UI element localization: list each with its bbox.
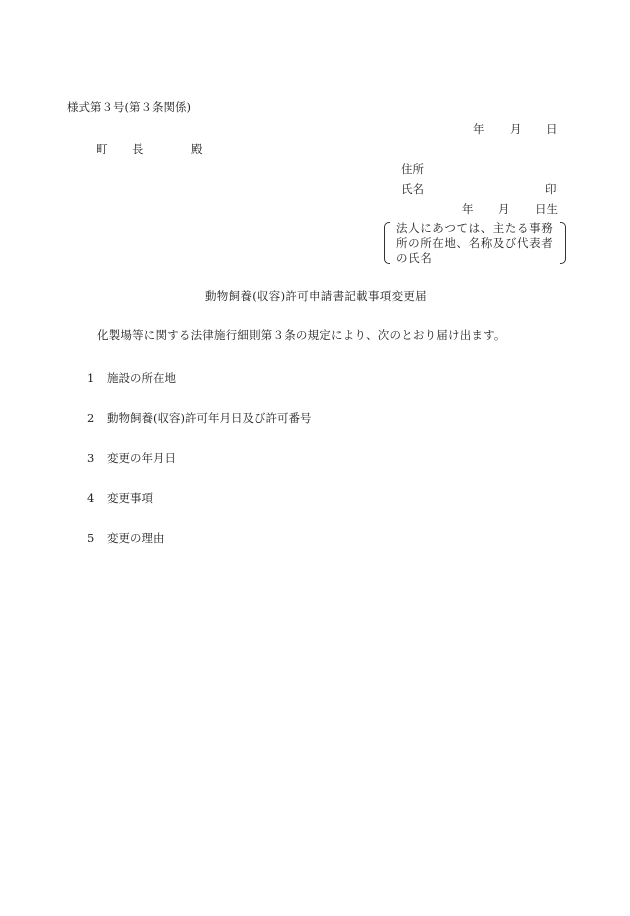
birth-year-label: 年: [462, 204, 474, 216]
addressee-town: 町: [96, 144, 108, 156]
name-label: 氏名: [401, 184, 424, 196]
birth-month-label: 月: [498, 204, 510, 216]
item-number: 5: [87, 533, 94, 545]
item-number: 4: [87, 493, 94, 505]
address-label: 住所: [401, 164, 424, 176]
item-label: 動物飼養(収容)許可年月日及び許可番号: [107, 413, 311, 425]
item-label: 変更の年月日: [107, 453, 176, 465]
item-number: 3: [87, 453, 94, 465]
corporate-note-bracket: 法人にあつては、主たる事務所の所在地、名称及び代表者の氏名: [384, 221, 566, 265]
date-year-label: 年: [473, 124, 485, 136]
item-label: 施設の所在地: [107, 373, 176, 385]
document-title: 動物飼養(収容)許可申請書記載事項変更届: [205, 291, 427, 303]
date-month-label: 月: [510, 124, 522, 136]
body-text: 化製場等に関する法律施行細則第３条の規定により、次のとおり届け出ます。: [97, 330, 506, 342]
right-bracket: [560, 222, 566, 264]
date-day-label: 日: [546, 124, 558, 136]
seal-label: 印: [545, 184, 557, 196]
birth-day-label: 日生: [535, 204, 558, 216]
item-number: 2: [87, 413, 94, 425]
addressee-honorific: 殿: [191, 144, 203, 156]
addressee-chief: 長: [132, 144, 144, 156]
item-number: 1: [87, 373, 94, 385]
form-id: 様式第３号(第３条関係): [67, 102, 191, 114]
left-bracket: [384, 222, 390, 264]
corporate-note: 法人にあつては、主たる事務所の所在地、名称及び代表者の氏名: [396, 221, 560, 266]
item-label: 変更事項: [107, 493, 153, 505]
item-label: 変更の理由: [107, 533, 165, 545]
